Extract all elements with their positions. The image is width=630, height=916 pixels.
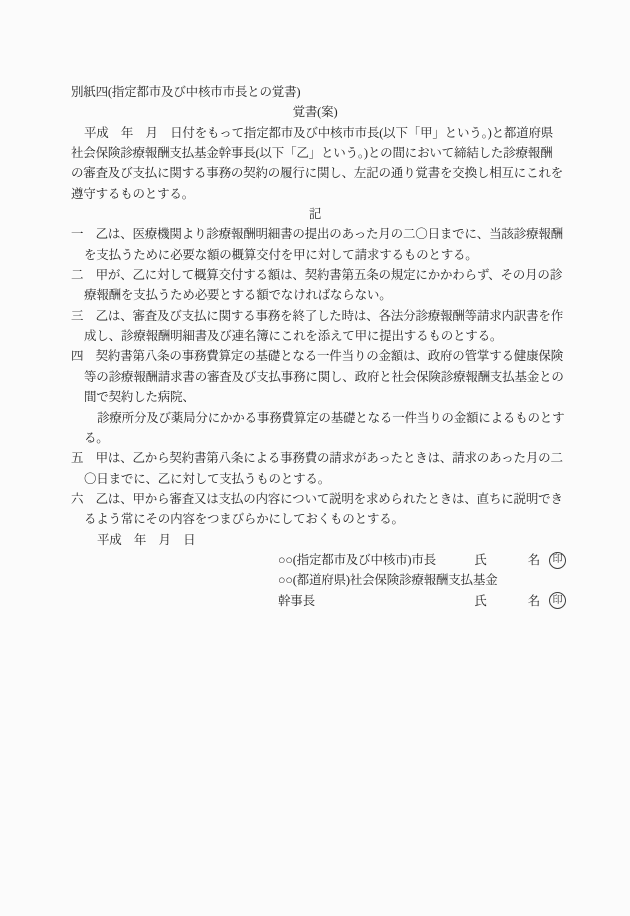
document-lines: 別紙四(指定都市及び中核市市長との覚書)覚書(案)平成 年 月 日付をもって指定…: [71, 82, 559, 550]
document-page: 別紙四(指定都市及び中核市市長との覚書)覚書(案)平成 年 月 日付をもって指定…: [0, 0, 630, 916]
centered-line: 覚書(案): [71, 102, 559, 122]
document-line: 五 甲は、乙から契約書第八条による事務費の請求があったときは、請求のあった月の二: [71, 448, 559, 468]
document-line: 四 契約書第八条の事務費算定の基礎となる一件当りの金額は、政府の管掌する健康保険: [71, 346, 559, 366]
document-line: 診療所分及び薬局分にかかる事務費算定の基礎となる一件当りの金額によるものとす: [71, 408, 559, 428]
name-seal-group: 氏名印: [474, 550, 566, 570]
document-line: 等の診療報酬請求書の審査及び支払事務に関し、政府と社会保険診療報酬支払基金との: [71, 367, 559, 387]
document-line: 平成 年 月 日: [71, 530, 559, 550]
document-line: 成し、診療報酬明細書及び連名簿にこれを添えて甲に提出するものとする。: [71, 326, 559, 346]
document-line: の審査及び支払に関する事務の契約の履行に関し、左記の通り覚書を交換し相互にこれを: [71, 163, 559, 183]
document-line: 二 甲が、乙に対して概算交付する額は、契約書第五条の規定にかかわらず、その月の診: [71, 265, 559, 285]
document-line: 平成 年 月 日付をもって指定都市及び中核市市長(以下「甲」という。)と都道府県: [71, 123, 559, 143]
document-line: 遵守するものとする。: [71, 184, 559, 204]
centered-line: 記: [71, 204, 559, 224]
document-line: 〇日までに、乙に対して支払うものとする。: [71, 469, 559, 489]
document-line: 別紙四(指定都市及び中核市市長との覚書): [71, 82, 559, 102]
signature-row: 幹事長氏名印: [278, 591, 566, 611]
seal-icon: 印: [549, 592, 566, 609]
signature-row: ○○(都道府県)社会保険診療報酬支払基金: [278, 570, 566, 590]
surname-label: 氏: [474, 550, 486, 570]
document-body: 別紙四(指定都市及び中核市市長との覚書)覚書(案)平成 年 月 日付をもって指定…: [71, 82, 559, 611]
signatory-name: 幹事長: [278, 591, 315, 611]
signatory-name: ○○(都道府県)社会保険診療報酬支払基金: [278, 570, 497, 590]
document-line: 一 乙は、医療機関より診療報酬明細書の提出のあった月の二〇日までに、当該診療報酬: [71, 224, 559, 244]
seal-icon: 印: [549, 552, 566, 569]
document-line: 間で契約した病院、: [71, 387, 559, 407]
givenname-label: 名: [528, 550, 540, 570]
signature-block: ○○(指定都市及び中核市)市長氏名印○○(都道府県)社会保険診療報酬支払基金幹事…: [278, 550, 566, 611]
document-line: る。: [71, 428, 559, 448]
surname-label: 氏: [474, 591, 486, 611]
document-line: るよう常にその内容をつまびらかにしておくものとする。: [71, 509, 559, 529]
document-line: 療報酬を支払うため必要とする額でなければならない。: [71, 285, 559, 305]
signature-row: ○○(指定都市及び中核市)市長氏名印: [278, 550, 566, 570]
document-line: 六 乙は、甲から審査又は支払の内容について説明を求められたときは、直ちに説明でき: [71, 489, 559, 509]
document-line: 三 乙は、審査及び支払に関する事務を終了した時は、各法分診療報酬等請求内訳書を作: [71, 306, 559, 326]
document-line: を支払うために必要な額の概算交付を甲に対して請求するものとする。: [71, 245, 559, 265]
signatory-name: ○○(指定都市及び中核市)市長: [278, 550, 436, 570]
document-line: 社会保険診療報酬支払基金幹事長(以下「乙」という。)との間において締結した診療報…: [71, 143, 559, 163]
name-seal-group: 氏名印: [474, 591, 566, 611]
givenname-label: 名: [528, 591, 540, 611]
